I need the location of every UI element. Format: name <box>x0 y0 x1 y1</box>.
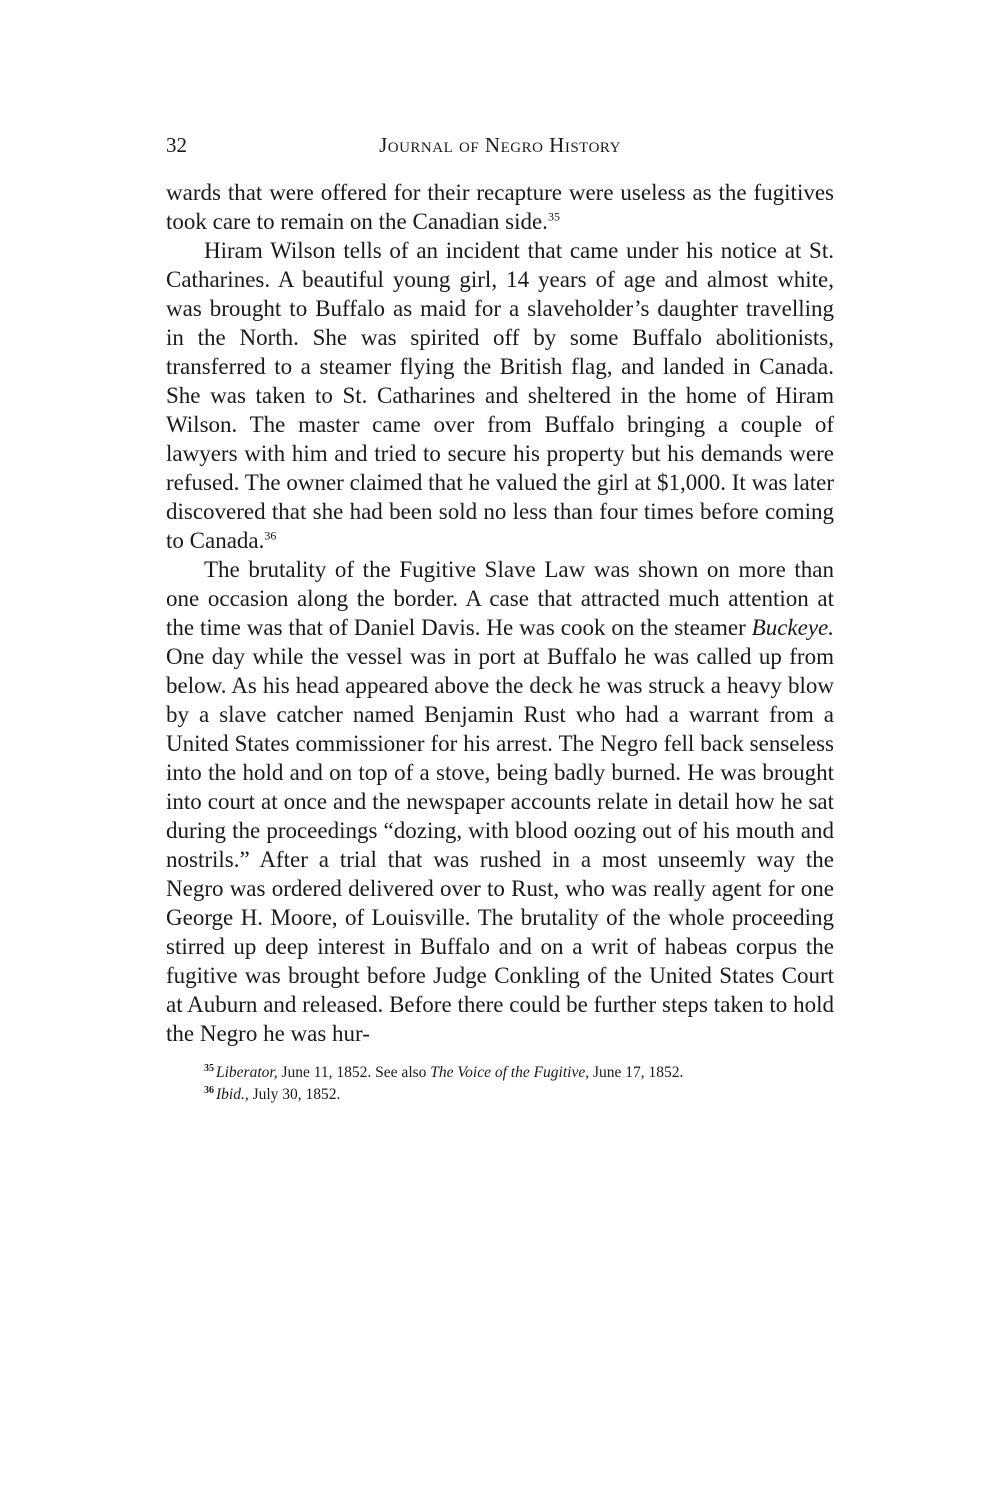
footnotes: 35Liberator, June 11, 1852. See also The… <box>166 1062 834 1106</box>
footnote-36-date: July 30, 1852. <box>249 1086 341 1103</box>
paragraph-3: The brutality of the Fugitive Slave Law … <box>166 555 834 1048</box>
footnote-35-number: 35 <box>204 1063 214 1074</box>
running-header: 32 Journal of Negro History <box>166 130 834 160</box>
paragraph-2-text: Hiram Wilson tells of an incident that c… <box>166 238 834 553</box>
ship-name-buckeye: Buckeye. <box>752 615 834 640</box>
paragraph-3-text-start: The brutality of the Fugitive Slave Law … <box>166 557 834 640</box>
footnote-35-source: Liberator, <box>216 1064 278 1081</box>
paragraph-3-text-end: One day while the vessel was in port at … <box>166 644 834 1046</box>
body-text: wards that were offered for their recapt… <box>166 178 834 1048</box>
paragraph-1-text: wards that were offered for their recapt… <box>166 180 834 234</box>
footnote-35: 35Liberator, June 11, 1852. See also The… <box>166 1062 834 1084</box>
document-page: 32 Journal of Negro History wards that w… <box>166 130 834 1106</box>
footnote-36-number: 36 <box>204 1085 214 1096</box>
footnote-36-source: Ibid., <box>216 1086 249 1103</box>
paragraph-2: Hiram Wilson tells of an incident that c… <box>166 236 834 555</box>
journal-title: Journal of Negro History <box>166 130 834 160</box>
footnote-35-title: The Voice of the Fugitive, <box>430 1064 589 1081</box>
footnote-35-text: June 11, 1852. See also <box>278 1064 431 1081</box>
footnote-ref-36: 36 <box>264 528 276 542</box>
footnote-35-date: June 17, 1852. <box>589 1064 683 1081</box>
footnote-ref-35: 35 <box>548 209 560 223</box>
paragraph-1: wards that were offered for their recapt… <box>166 178 834 236</box>
footnote-36: 36Ibid., July 30, 1852. <box>166 1084 834 1106</box>
